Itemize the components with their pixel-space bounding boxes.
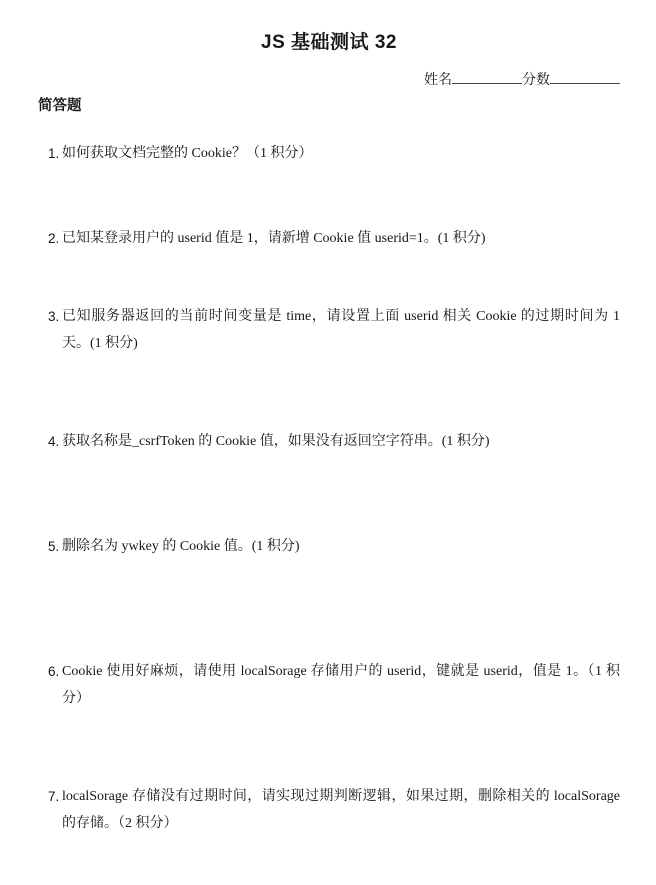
question-number: 1.	[38, 140, 62, 167]
question-number: 5.	[38, 533, 62, 560]
question-7: 7. localSorage 存储没有过期时间，请实现过期判断逻辑，如果过期，删…	[38, 783, 620, 837]
test-paper-page: JS 基础测试 32 姓名分数 简答题 1. 如何获取文档完整的 Cookie？…	[0, 0, 656, 885]
score-blank-line	[550, 70, 620, 84]
question-3: 3. 已知服务器返回的当前时间变量是 time，请设置上面 userid 相关 …	[38, 303, 620, 357]
question-number: 7.	[38, 783, 62, 810]
question-text: 已知服务器返回的当前时间变量是 time，请设置上面 userid 相关 Coo…	[62, 303, 620, 357]
question-2: 2. 已知某登录用户的 userid 值是 1，请新增 Cookie 值 use…	[38, 225, 620, 252]
question-5: 5. 删除名为 ywkey 的 Cookie 值。(1 积分)	[38, 533, 620, 560]
question-text: localSorage 存储没有过期时间，请实现过期判断逻辑，如果过期，删除相关…	[62, 783, 620, 837]
page-title: JS 基础测试 32	[38, 30, 620, 56]
question-4: 4. 获取名称是_csrfToken 的 Cookie 值，如果没有返回空字符串…	[38, 428, 620, 455]
score-label: 分数	[522, 73, 550, 88]
question-number: 3.	[38, 303, 62, 330]
question-1: 1. 如何获取文档完整的 Cookie？（1 积分）	[38, 140, 620, 167]
question-number: 4.	[38, 428, 62, 455]
question-text: 删除名为 ywkey 的 Cookie 值。(1 积分)	[62, 533, 620, 560]
name-score-line: 姓名分数	[38, 70, 620, 90]
question-6: 6. Cookie 使用好麻烦，请使用 localSorage 存储用户的 us…	[38, 658, 620, 712]
name-blank-line	[452, 70, 522, 84]
question-text: 获取名称是_csrfToken 的 Cookie 值，如果没有返回空字符串。(1…	[62, 428, 620, 455]
question-number: 6.	[38, 658, 62, 685]
question-text: 如何获取文档完整的 Cookie？（1 积分）	[62, 140, 620, 167]
name-label: 姓名	[424, 73, 452, 88]
question-number: 2.	[38, 225, 62, 252]
section-heading: 简答题	[38, 97, 620, 115]
question-list: 1. 如何获取文档完整的 Cookie？（1 积分） 2. 已知某登录用户的 u…	[38, 140, 620, 837]
question-text: Cookie 使用好麻烦，请使用 localSorage 存储用户的 useri…	[62, 658, 620, 712]
question-text: 已知某登录用户的 userid 值是 1，请新增 Cookie 值 userid…	[62, 225, 620, 252]
